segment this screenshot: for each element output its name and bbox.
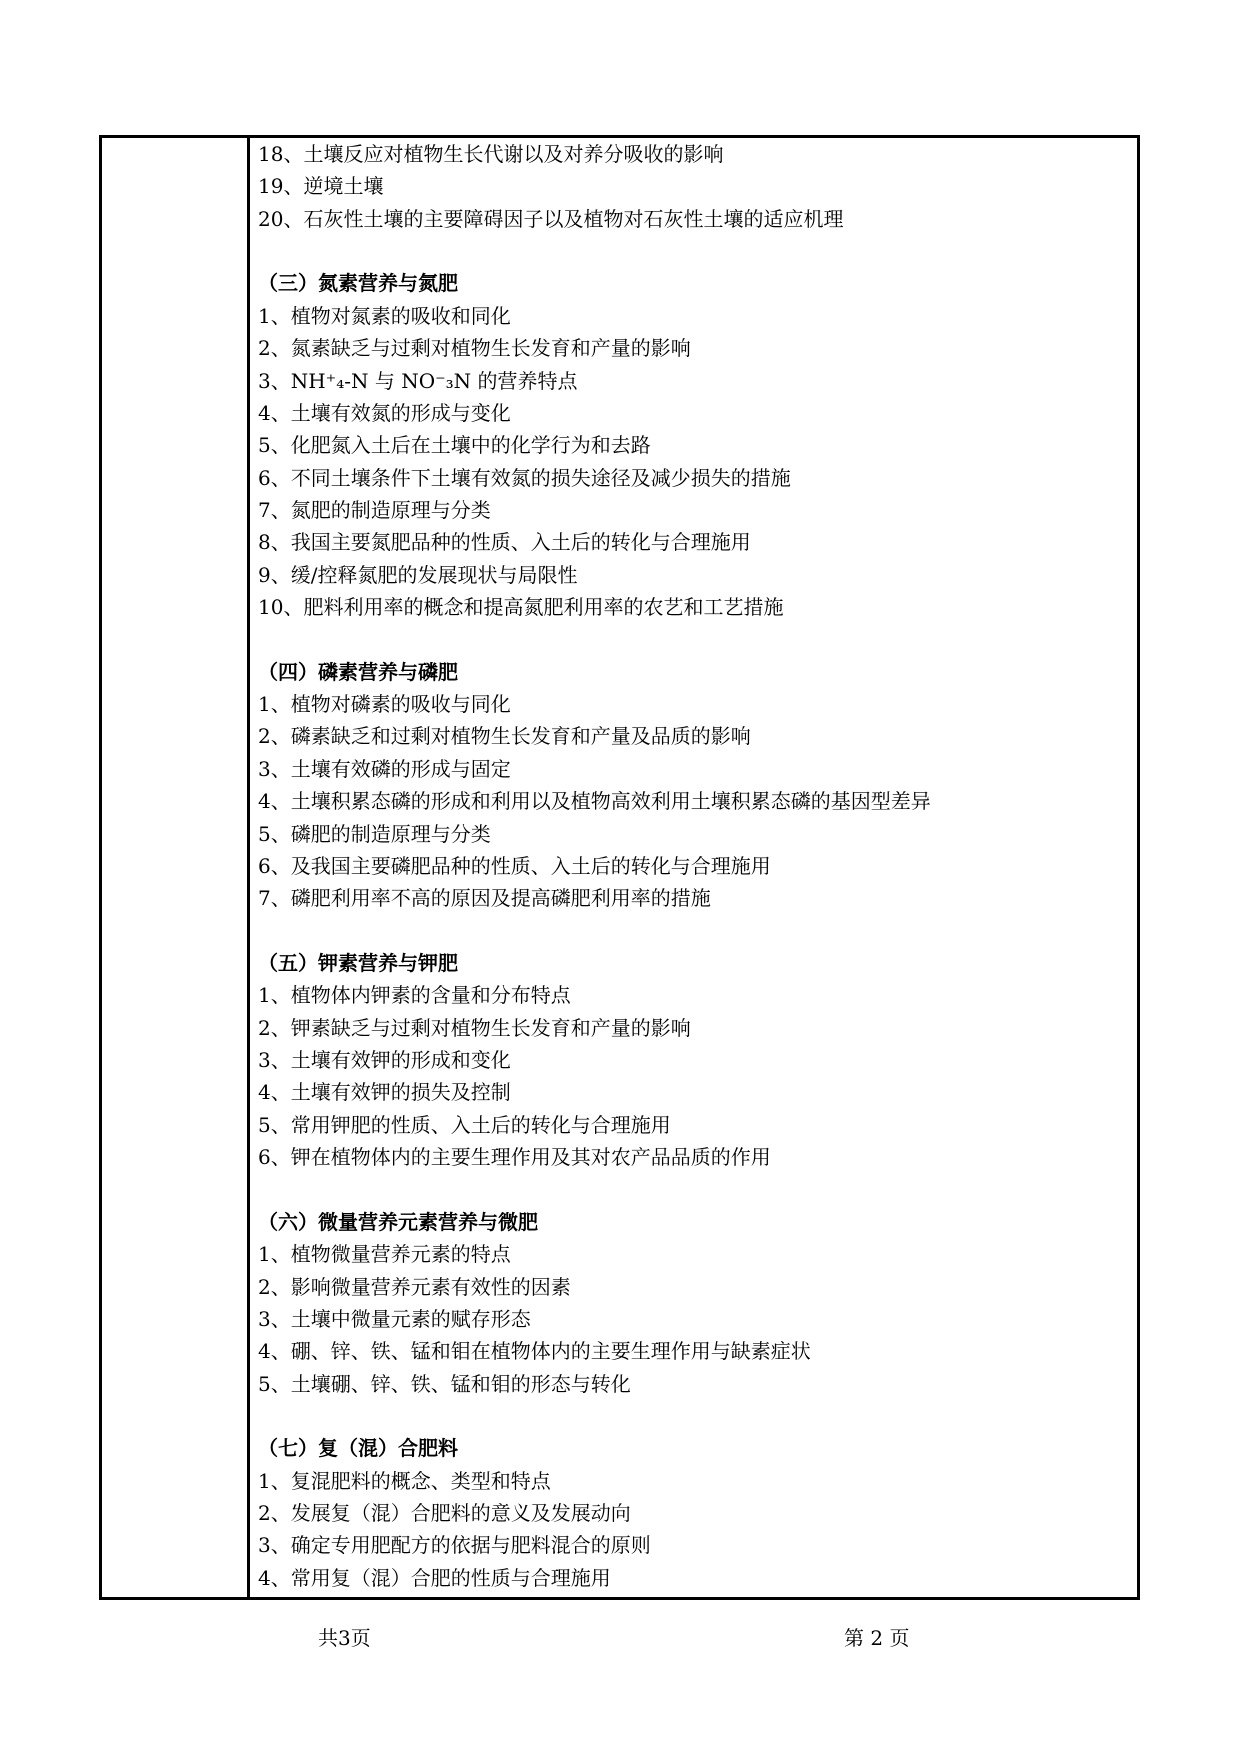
list-item: 5、化肥氮入土后在土壤中的化学行为和去路	[258, 429, 1128, 461]
list-item: 6、钾在植物体内的主要生理作用及其对农产品品质的作用	[258, 1141, 1128, 1173]
list-item: 2、发展复（混）合肥料的意义及发展动向	[258, 1497, 1128, 1529]
list-item: 5、土壤硼、锌、铁、锰和钼的形态与转化	[258, 1368, 1128, 1400]
page-number: 第 2 页	[844, 1625, 909, 1651]
list-item: 7、氮肥的制造原理与分类	[258, 494, 1128, 526]
list-item: 2、氮素缺乏与过剩对植物生长发育和产量的影响	[258, 332, 1128, 364]
list-item: 8、我国主要氮肥品种的性质、入土后的转化与合理施用	[258, 526, 1128, 558]
spacer	[258, 623, 1128, 655]
list-item: 9、缓/控释氮肥的发展现状与局限性	[258, 559, 1128, 591]
list-item: 3、土壤中微量元素的赋存形态	[258, 1303, 1128, 1335]
list-item: 1、植物对氮素的吸收和同化	[258, 300, 1128, 332]
list-item: 3、土壤有效钾的形成和变化	[258, 1044, 1128, 1076]
spacer	[258, 915, 1128, 947]
section-heading: （五）钾素营养与钾肥	[258, 947, 1128, 979]
list-item: 1、植物体内钾素的含量和分布特点	[258, 979, 1128, 1011]
list-item: 5、磷肥的制造原理与分类	[258, 818, 1128, 850]
list-item: 2、影响微量营养元素有效性的因素	[258, 1271, 1128, 1303]
list-item: 6、不同土壤条件下土壤有效氮的损失途径及减少损失的措施	[258, 462, 1128, 494]
list-item: 4、土壤有效钾的损失及控制	[258, 1076, 1128, 1108]
syllabus-content: 18、土壤反应对植物生长代谢以及对养分吸收的影响 19、逆境土壤 20、石灰性土…	[258, 138, 1128, 1594]
list-item: 4、土壤积累态磷的形成和利用以及植物高效利用土壤积累态磷的基因型差异	[258, 785, 1128, 817]
list-item: 2、钾素缺乏与过剩对植物生长发育和产量的影响	[258, 1012, 1128, 1044]
section-heading: （三）氮素营养与氮肥	[258, 267, 1128, 299]
spacer	[258, 1400, 1128, 1432]
list-item: 19、逆境土壤	[258, 170, 1128, 202]
list-item: 3、NH⁺₄-N 与 NO⁻₃N 的营养特点	[258, 365, 1128, 397]
list-item: 4、常用复（混）合肥的性质与合理施用	[258, 1562, 1128, 1594]
list-item: 5、常用钾肥的性质、入土后的转化与合理施用	[258, 1109, 1128, 1141]
list-item: 2、磷素缺乏和过剩对植物生长发育和产量及品质的影响	[258, 720, 1128, 752]
section-heading: （六）微量营养元素营养与微肥	[258, 1206, 1128, 1238]
list-item: 6、及我国主要磷肥品种的性质、入土后的转化与合理施用	[258, 850, 1128, 882]
table-left-cell	[102, 138, 250, 1597]
list-item: 7、磷肥利用率不高的原因及提高磷肥利用率的措施	[258, 882, 1128, 914]
spacer	[258, 1174, 1128, 1206]
list-item: 1、植物对磷素的吸收与同化	[258, 688, 1128, 720]
page-total: 共3页	[318, 1625, 371, 1651]
spacer	[258, 235, 1128, 267]
list-item: 3、确定专用肥配方的依据与肥料混合的原则	[258, 1529, 1128, 1561]
list-item: 10、肥料利用率的概念和提高氮肥利用率的农艺和工艺措施	[258, 591, 1128, 623]
list-item: 4、硼、锌、铁、锰和钼在植物体内的主要生理作用与缺素症状	[258, 1335, 1128, 1367]
section-heading: （四）磷素营养与磷肥	[258, 656, 1128, 688]
list-item: 18、土壤反应对植物生长代谢以及对养分吸收的影响	[258, 138, 1128, 170]
section-heading: （七）复（混）合肥料	[258, 1432, 1128, 1464]
list-item: 20、石灰性土壤的主要障碍因子以及植物对石灰性土壤的适应机理	[258, 203, 1128, 235]
list-item: 1、复混肥料的概念、类型和特点	[258, 1465, 1128, 1497]
list-item: 4、土壤有效氮的形成与变化	[258, 397, 1128, 429]
list-item: 1、植物微量营养元素的特点	[258, 1238, 1128, 1270]
list-item: 3、土壤有效磷的形成与固定	[258, 753, 1128, 785]
